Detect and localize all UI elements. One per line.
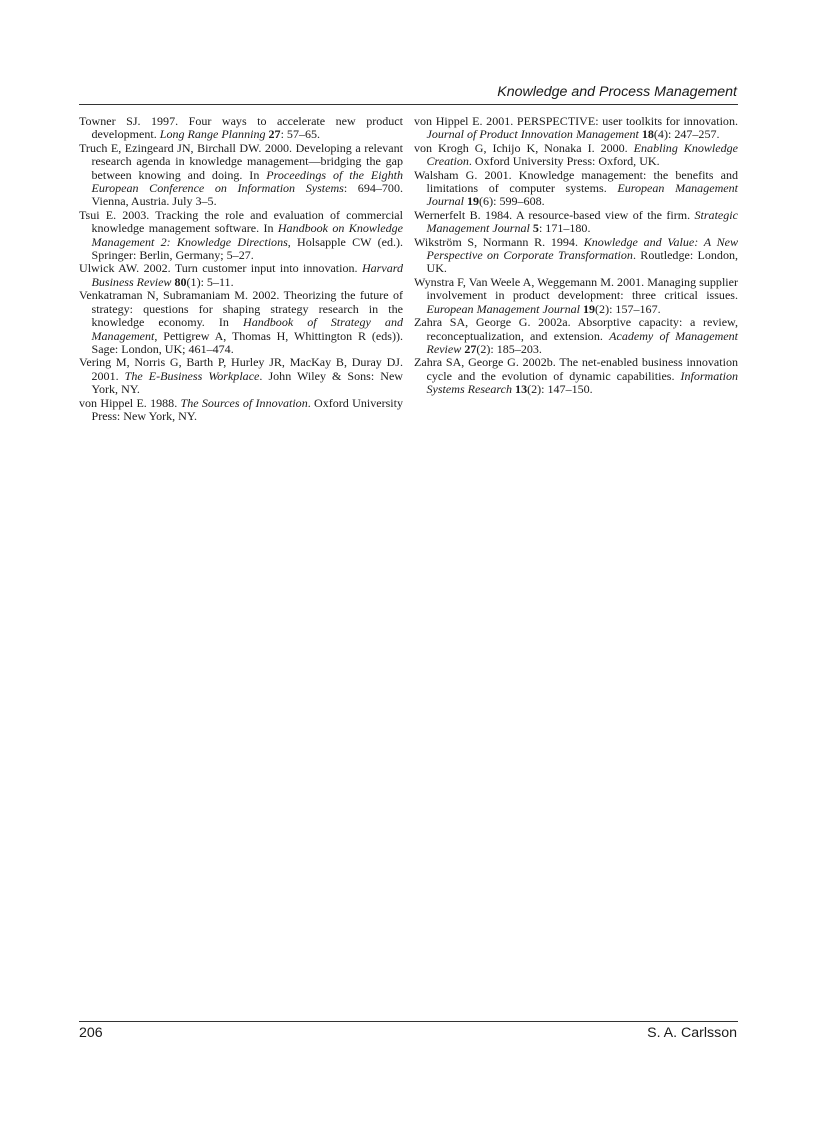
reference-entry: Venkatraman N, Subramaniam M. 2002. Theo…: [79, 289, 403, 356]
reference-source-italic: Journal of Product Innovation Management: [427, 127, 639, 141]
reference-source-italic: Long Range Planning: [160, 127, 266, 141]
reference-text: von Hippel E. 1988.: [79, 396, 181, 410]
reference-entry: Wynstra F, Van Weele A, Weggemann M. 200…: [414, 276, 738, 316]
reference-text: : 57–65.: [281, 127, 321, 141]
reference-entry: Towner SJ. 1997. Four ways to accelerate…: [79, 115, 403, 142]
reference-text: (4): 247–257.: [654, 127, 720, 141]
reference-source-italic: The E-Business Workplace: [125, 369, 260, 383]
reference-text: Wernerfelt B. 1984. A resource-based vie…: [414, 208, 695, 222]
reference-text: (2): 157–167.: [595, 302, 661, 316]
reference-volume-bold: 27: [269, 127, 281, 141]
reference-text: (2): 185–203.: [476, 342, 542, 356]
reference-text: : 171–180.: [539, 221, 591, 235]
reference-entry: Truch E, Ezingeard JN, Birchall DW. 2000…: [79, 142, 403, 209]
reference-entry: Wernerfelt B. 1984. A resource-based vie…: [414, 209, 738, 236]
reference-volume-bold: 27: [464, 342, 476, 356]
reference-text: von Krogh G, Ichijo K, Nonaka I. 2000.: [414, 141, 634, 155]
reference-volume-bold: 80: [174, 275, 186, 289]
reference-entry: von Krogh G, Ichijo K, Nonaka I. 2000. E…: [414, 142, 738, 169]
reference-entry: Zahra SA, George G. 2002b. The net-enabl…: [414, 356, 738, 396]
reference-entry: Ulwick AW. 2002. Turn customer input int…: [79, 262, 403, 289]
reference-volume-bold: 18: [642, 127, 654, 141]
reference-text: (1): 5–11.: [187, 275, 234, 289]
reference-entry: von Hippel E. 2001. PERSPECTIVE: user to…: [414, 115, 738, 142]
journal-title: Knowledge and Process Management: [497, 84, 737, 100]
reference-text: . Oxford University Press: Oxford, UK.: [469, 154, 660, 168]
reference-volume-bold: 13: [515, 382, 527, 396]
reference-text: Wynstra F, Van Weele A, Weggemann M. 200…: [414, 275, 738, 302]
references-column-left: Towner SJ. 1997. Four ways to accelerate…: [79, 115, 403, 423]
reference-entry: Wikström S, Normann R. 1994. Knowledge a…: [414, 236, 738, 276]
header-divider: [79, 104, 738, 105]
page-number: 206: [79, 1025, 103, 1041]
reference-source-italic: The Sources of Innovation: [181, 396, 308, 410]
reference-text: von Hippel E. 2001. PERSPECTIVE: user to…: [414, 114, 738, 128]
reference-entry: Vering M, Norris G, Barth P, Hurley JR, …: [79, 356, 403, 396]
reference-entry: Zahra SA, George G. 2002a. Absorptive ca…: [414, 316, 738, 356]
reference-text: Ulwick AW. 2002. Turn customer input int…: [79, 261, 362, 275]
footer-divider: [79, 1021, 738, 1022]
reference-text: Wikström S, Normann R. 1994.: [414, 235, 584, 249]
reference-volume-bold: 19: [583, 302, 595, 316]
author-name: S. A. Carlsson: [647, 1025, 737, 1041]
reference-text: (2): 147–150.: [527, 382, 593, 396]
references-column-right: von Hippel E. 2001. PERSPECTIVE: user to…: [414, 115, 738, 397]
reference-text: (6): 599–608.: [479, 194, 545, 208]
reference-volume-bold: 19: [467, 194, 479, 208]
reference-entry: Walsham G. 2001. Knowledge management: t…: [414, 169, 738, 209]
reference-source-italic: European Management Journal: [427, 302, 580, 316]
reference-entry: von Hippel E. 1988. The Sources of Innov…: [79, 397, 403, 424]
reference-entry: Tsui E. 2003. Tracking the role and eval…: [79, 209, 403, 263]
